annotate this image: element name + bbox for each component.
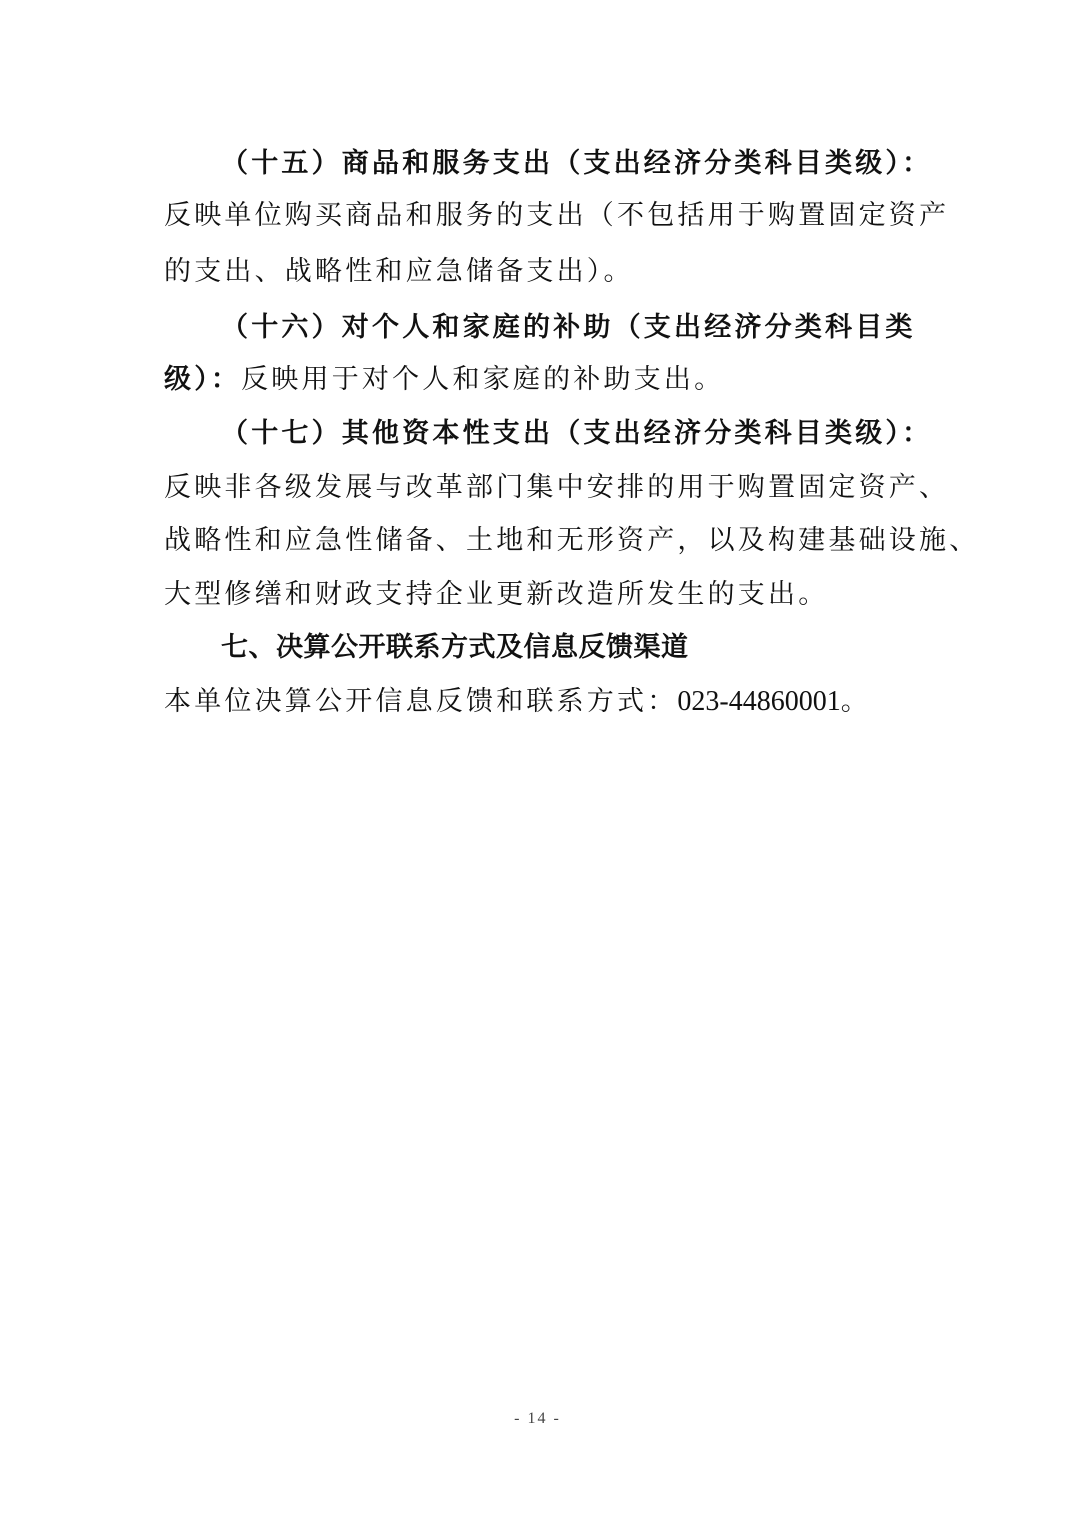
page-number: - 14 - (0, 1410, 1075, 1428)
section-16-line-2: 级）：反映用于对个人和家庭的补助支出。 (164, 362, 724, 398)
document-page: （十五）商品和服务支出（支出经济分类科目类级）： 反映单位购买商品和服务的支出（… (0, 0, 1075, 1520)
section-17-body-line-2: 战略性和应急性储备、土地和无形资产，以及构建基础设施、 (164, 523, 979, 559)
contact-label: 本单位决算公开信息反馈和联系方式： (164, 686, 677, 717)
section-16-heading-cont: 级）： (164, 364, 241, 395)
contact-phone: 023-44860001 (677, 686, 840, 717)
section-17-body-line-1: 反映非各级发展与改革部门集中安排的用于购置固定资产、 (164, 470, 949, 506)
section-17-body-line-3: 大型修缮和财政支持企业更新改造所发生的支出。 (164, 577, 828, 613)
contact-line: 本单位决算公开信息反馈和联系方式：023-44860001。 (164, 684, 871, 720)
contact-period: 。 (841, 686, 871, 717)
section-15-heading: （十五）商品和服务支出（支出经济分类科目类级）： (221, 146, 932, 182)
chapter-7-heading: 七、决算公开联系方式及信息反馈渠道 (221, 630, 689, 666)
section-15-body-line-2: 的支出、战略性和应急储备支出）。 (164, 254, 634, 290)
section-16-heading: （十六）对个人和家庭的补助（支出经济分类科目类 (221, 310, 916, 346)
section-15-body-line-1: 反映单位购买商品和服务的支出（不包括用于购置固定资产 (164, 198, 949, 234)
section-17-heading: （十七）其他资本性支出（支出经济分类科目类级）： (221, 416, 932, 452)
section-16-body: 反映用于对个人和家庭的补助支出。 (241, 364, 724, 395)
